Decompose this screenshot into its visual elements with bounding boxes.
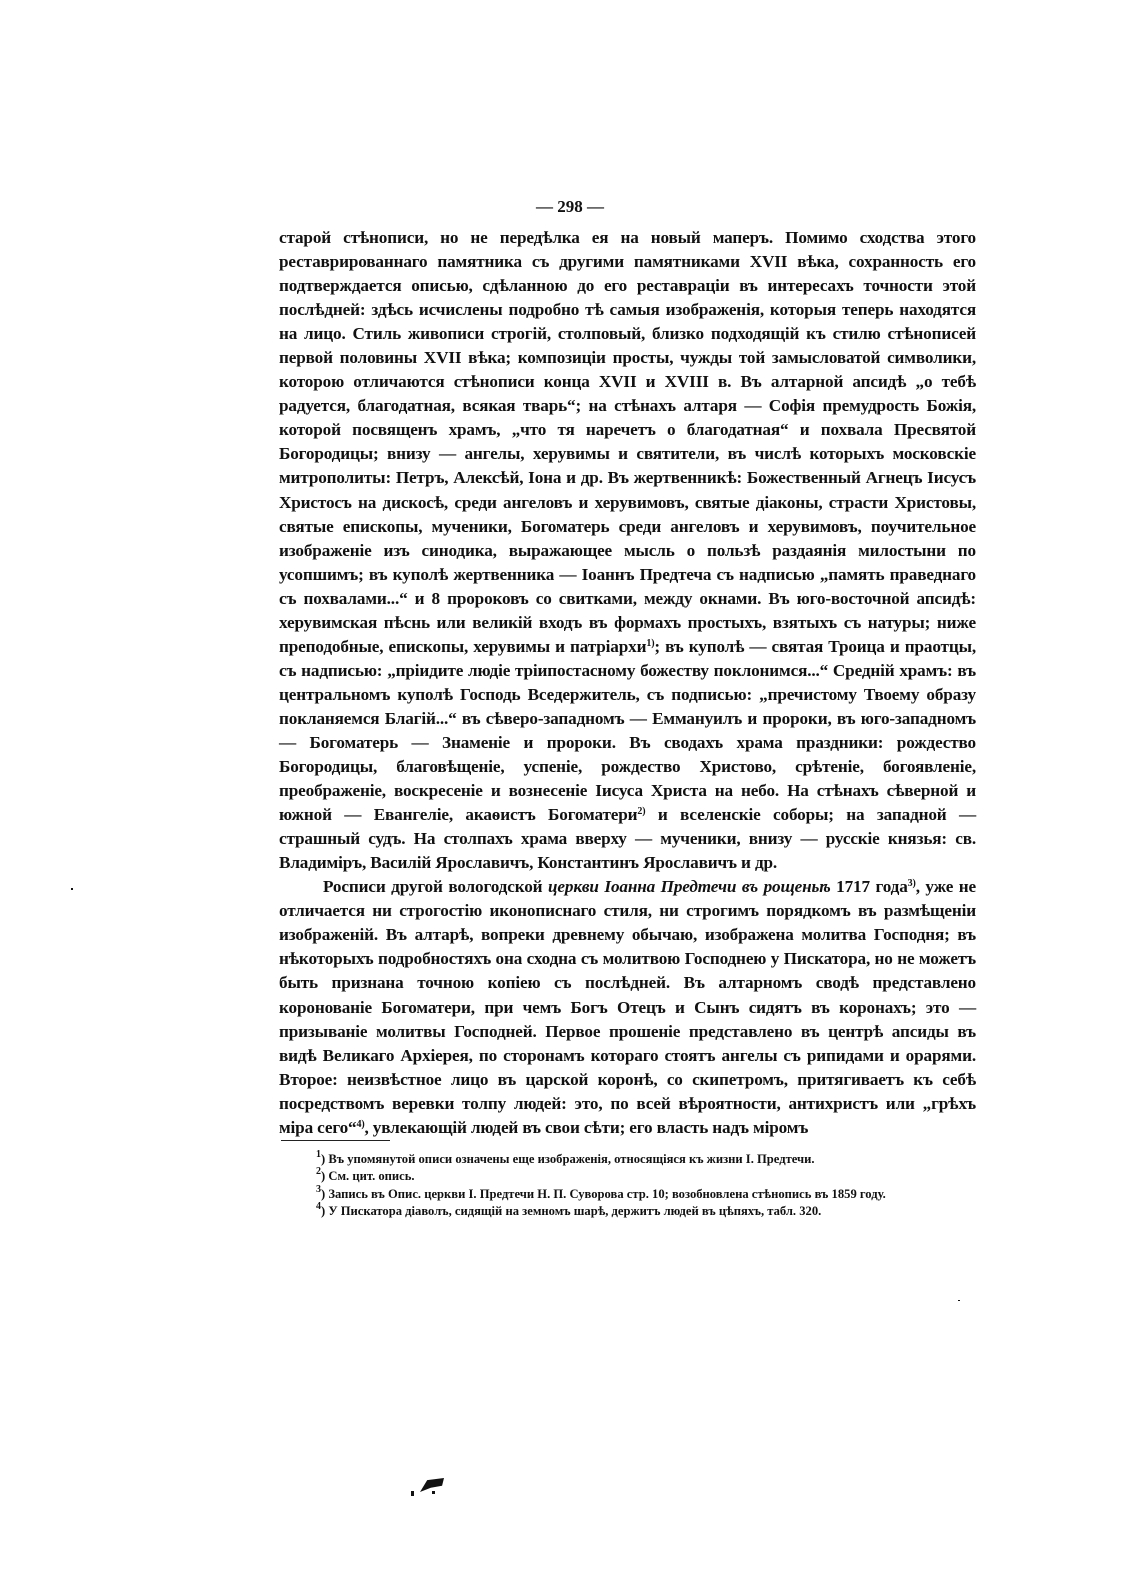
- italic-text: церкви Іоанна Предтечи въ рощеньѣ: [548, 877, 831, 896]
- text-run: ; въ куполѣ — святая Троица и праотцы, с…: [279, 637, 976, 824]
- text-run: , уже не отличается ни строгостію иконоп…: [279, 877, 976, 1136]
- footnote-text: У Пискатора діаволъ, сидящій на земномъ …: [328, 1204, 821, 1218]
- scan-speck: [958, 1300, 960, 1301]
- footnote: 3) Запись въ Опис. церкви І. Предтечи Н.…: [316, 1186, 976, 1203]
- scan-speck: [411, 1491, 414, 1496]
- footnote-text: См. цит. опись.: [328, 1169, 414, 1183]
- footnotes: 1) Въ упомянутой описи означены еще изоб…: [316, 1151, 976, 1220]
- footnote-text: Запись въ Опис. церкви І. Предтечи Н. П.…: [328, 1187, 885, 1201]
- paragraph: старой стѣнописи, но не передѣлка ея на …: [279, 226, 976, 875]
- page-number: — 298 —: [0, 197, 1140, 217]
- footnote-rule: [281, 1140, 390, 1141]
- body-text: старой стѣнописи, но не передѣлка ея на …: [279, 226, 976, 1140]
- text-run: старой стѣнописи, но не передѣлка ея на …: [279, 228, 976, 656]
- ink-stamp-mark: [420, 1478, 444, 1492]
- footnote-ref: 3): [908, 878, 916, 889]
- footnote: 1) Въ упомянутой описи означены еще изоб…: [316, 1151, 976, 1168]
- paragraph: Росписи другой вологодской церкви Іоанна…: [279, 875, 976, 1140]
- footnote: 2) См. цит. опись.: [316, 1168, 976, 1185]
- scan-speck: [432, 1491, 435, 1494]
- footnote-text: Въ упомянутой описи означены еще изображ…: [328, 1152, 814, 1166]
- text-run: Росписи другой вологодской: [323, 877, 548, 896]
- scan-speck: [71, 888, 73, 890]
- text-run: , увлекающій людей въ свои сѣти; его вла…: [365, 1118, 809, 1137]
- footnote-ref: 4): [356, 1119, 364, 1130]
- text-run: 1717 года: [831, 877, 908, 896]
- footnote: 4) У Пискатора діаволъ, сидящій на земно…: [316, 1203, 976, 1220]
